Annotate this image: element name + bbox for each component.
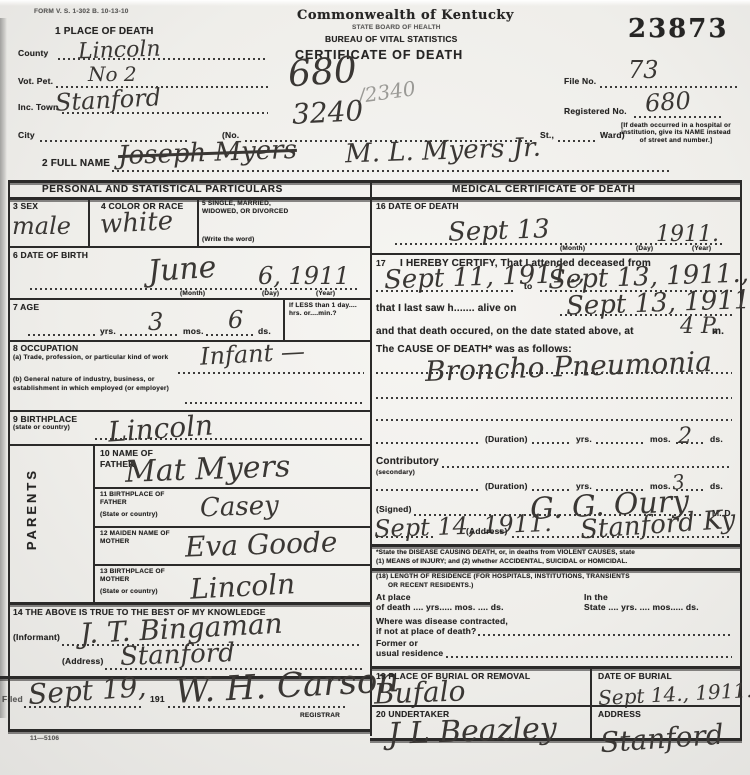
footnote-line1: *State the DISEASE CAUSING DEATH, or, in…	[376, 549, 635, 556]
contributory-dotted	[442, 466, 732, 468]
medical-header: MEDICAL CERTIFICATE OF DEATH	[452, 184, 635, 195]
in-the-label: In the	[584, 592, 608, 602]
former-label: Former or	[376, 638, 418, 648]
attest-top-border	[8, 602, 370, 605]
dod-label: 16 DATE OF DEATH	[376, 201, 459, 211]
burial-date-label: DATE OF BURIAL	[598, 671, 672, 681]
left-bottom-border	[8, 729, 372, 732]
last-seen-value: Sept 13, 1911.,	[566, 285, 750, 322]
cause-yrs-label: yrs.	[576, 434, 592, 444]
form-footer-code: 11—5106	[30, 735, 59, 742]
father-bp-note: (State or country)	[100, 511, 158, 518]
row-line	[8, 246, 370, 248]
table-top-border	[8, 180, 742, 183]
race-cell-divider	[197, 197, 199, 246]
st-dotted-line	[558, 140, 596, 142]
age-dotted-line3	[206, 334, 254, 336]
sex-label: 3 SEX	[13, 201, 38, 211]
registrar-label: REGISTRAR	[300, 712, 340, 719]
footnote-line2: (1) MEANS of INJURY; and (2) whether ACC…	[376, 558, 627, 565]
file-no-label: File No.	[564, 76, 596, 86]
sex-value: male	[12, 212, 71, 240]
secondary-label: (secondary)	[376, 469, 415, 476]
dob-month-label: (Month)	[180, 290, 205, 297]
cause-duration-label: (Duration)	[485, 434, 528, 444]
personal-header: PERSONAL AND STATISTICAL PARTICULARS	[42, 184, 283, 195]
duration-dotted3	[676, 442, 706, 444]
occupation-value: Infant —	[199, 337, 305, 370]
age-ds-value: 6	[228, 306, 243, 334]
undertaker-address-value: Stanford	[599, 718, 725, 760]
age-dotted-line	[28, 334, 98, 336]
age-mos-label: mos.	[183, 326, 204, 336]
contrib-duration-dotted0	[376, 489, 481, 491]
dod-year-label: (Year)	[692, 245, 711, 252]
footnote-top-border	[370, 544, 740, 547]
masthead-commonwealth: Commonwealth of Kentucky	[297, 8, 514, 23]
marital-note: (Write the word)	[202, 236, 255, 243]
race-value: white	[99, 206, 174, 240]
at-place-label: At place	[376, 592, 411, 602]
row-line	[370, 253, 740, 255]
state-label: State .... yrs. .... mos..... ds.	[584, 602, 699, 612]
dob-month-value: June	[147, 250, 218, 290]
stamp-fraction: /2340	[357, 76, 417, 108]
table-left-border	[8, 180, 10, 730]
cause-ds-label: ds.	[710, 434, 723, 444]
occupation-label: 8 OCCUPATION	[13, 343, 78, 353]
full-name-dotted-line	[112, 170, 672, 172]
form-code: FORM V. S. 1-302 B. 10-13-10	[34, 8, 129, 15]
residence-top-border	[370, 568, 740, 571]
age-yrs-label: yrs.	[100, 326, 116, 336]
birthplace-note: (state or country)	[13, 424, 70, 431]
cause-duration-mos-value: 2	[678, 424, 692, 449]
age-mos-value: 3	[148, 308, 163, 336]
informant-address-value: Stanford	[120, 638, 236, 672]
dod-day-label: (Day)	[636, 245, 653, 252]
file-no-value: 73	[628, 56, 659, 84]
full-name-struck: Joseph Myers	[118, 135, 298, 171]
county-value: Lincoln	[78, 37, 161, 65]
mother-name-value: Eva Goode	[184, 525, 337, 563]
vot-pet-label: Vot. Pet.	[18, 76, 53, 86]
stamp-secondary: 3240	[291, 94, 364, 131]
residence-label: (18) LENGTH OF RESIDENCE (FOR HOSPITALS,…	[376, 573, 630, 580]
informant-label: (Informant)	[13, 632, 60, 642]
dob-day-label: (Day)	[262, 290, 279, 297]
dob-label: 6 DATE OF BIRTH	[13, 250, 88, 260]
signed-address-label: (Address)	[466, 526, 507, 536]
marital-label: 5 SINGLE, MARRIED, WIDOWED, OR DIVORCED	[202, 200, 292, 216]
certify-to-label: to	[524, 281, 532, 291]
registered-no-label: Registered No.	[564, 106, 627, 116]
father-bp-value: Casey	[200, 491, 280, 524]
parents-label: PARENTS	[24, 468, 39, 550]
inc-town-label: Inc. Town	[18, 102, 58, 112]
vot-pet-value: No 2	[88, 62, 137, 86]
contrib-ds-label: ds.	[710, 481, 723, 491]
row-line	[8, 298, 370, 300]
mother-bp-label: 13 BIRTHPLACE OF MOTHER	[100, 568, 190, 585]
column-divider	[370, 180, 372, 736]
contributory-label: Contributory	[376, 456, 439, 467]
certify-m-label: m.	[712, 326, 724, 337]
usual-dotted	[446, 656, 732, 658]
cause-dotted3	[376, 419, 732, 421]
age-note: If LESS than 1 day.... hrs. or....min.?	[289, 302, 367, 319]
scan-edge	[0, 18, 7, 718]
dod-month-label: (Month)	[560, 245, 585, 252]
place-of-death-label: 1 PLACE OF DEATH	[55, 26, 154, 37]
death-certificate-scan: FORM V. S. 1-302 B. 10-13-10 Commonwealt…	[0, 0, 750, 775]
occupation-dotted-line2	[185, 402, 365, 404]
full-name-label: 2 FULL NAME	[42, 158, 110, 169]
row-line	[93, 487, 370, 489]
full-name-value: M. L. Myers Jr.	[345, 133, 542, 170]
serial-number: 23873	[628, 14, 728, 44]
inc-town-value: Stanford	[54, 83, 161, 117]
contrib-duration-label: (Duration)	[485, 481, 528, 491]
stamp-primary: 680	[287, 50, 358, 96]
row-line	[370, 705, 740, 707]
burial-top-border	[370, 666, 740, 669]
cause-dotted2	[376, 397, 732, 399]
filed-date-value: Sept 19,	[27, 670, 147, 711]
contracted-dotted	[478, 634, 732, 636]
age-label: 7 AGE	[13, 302, 39, 312]
certify-line4: and that death occured, on the date stat…	[376, 326, 634, 337]
row-line	[93, 564, 370, 566]
dob-year-label: (Year)	[316, 290, 335, 297]
cause-mos-label: mos.	[650, 434, 671, 444]
county-label: County	[18, 48, 48, 58]
dob-day-year-value: 6, 1911	[258, 262, 350, 290]
undertaker-address-label: ADDRESS	[598, 709, 641, 719]
mother-bp-value: Lincoln	[189, 567, 296, 605]
residence-label2: OR RECENT RESIDENTS.)	[388, 582, 473, 589]
age-note-divider	[283, 298, 285, 340]
birthplace-label: 9 BIRTHPLACE	[13, 414, 77, 424]
row-line	[8, 340, 370, 342]
duration-dotted1	[532, 442, 572, 444]
contracted-label1: Where was disease contracted,	[376, 616, 508, 626]
city-st-label: St.,	[540, 130, 554, 140]
of-death-label: of death .... yrs..... mos. .... ds.	[376, 602, 504, 612]
birthplace-value: Lincoln	[107, 408, 214, 448]
usual-label: usual residence	[376, 648, 443, 658]
masthead-bureau: BUREAU OF VITAL STATISTICS	[325, 34, 458, 44]
age-ds-label: ds.	[258, 326, 271, 336]
duration-dotted0	[376, 442, 481, 444]
father-bp-label: 11 BIRTHPLACE OF FATHER	[100, 491, 190, 508]
occupation-a-label: (a) Trade, profession, or particular kin…	[13, 354, 178, 363]
signed-label: (Signed)	[376, 504, 412, 514]
undertaker-value: J L Beazley	[387, 711, 557, 752]
burial-cell-divider	[590, 666, 592, 738]
city-label: City	[18, 130, 35, 140]
father-name-value: Mat Myers	[124, 449, 290, 490]
informant-address-label: (Address)	[62, 656, 103, 666]
filed-year-label: 191	[150, 694, 165, 704]
scan-edge	[0, 0, 750, 6]
masthead-board: STATE BOARD OF HEALTH	[352, 24, 441, 31]
dod-month-day-value: Sept 13	[448, 214, 551, 248]
header-band-border	[8, 197, 742, 200]
filed-label: Filed	[2, 694, 23, 704]
duration-dotted2	[596, 442, 646, 444]
contracted-label2: if not at place of death?	[376, 626, 476, 636]
dod-year-value: 1911.	[656, 222, 719, 247]
hospital-note: [If death occurred in a hospital or inst…	[620, 122, 732, 144]
occupation-b-label: (b) General nature of industry, business…	[13, 376, 183, 394]
sex-cell-divider	[88, 197, 90, 246]
parents-strip-divider	[93, 444, 95, 602]
certify-line3: that I last saw h....... alive on	[376, 303, 517, 314]
mother-bp-note: (State or country)	[100, 588, 158, 595]
registered-no-value: 680	[644, 86, 692, 117]
mother-name-label: 12 MAIDEN NAME OF MOTHER	[100, 530, 190, 547]
row-line	[8, 444, 370, 446]
occupation-dotted-line1	[178, 372, 364, 374]
